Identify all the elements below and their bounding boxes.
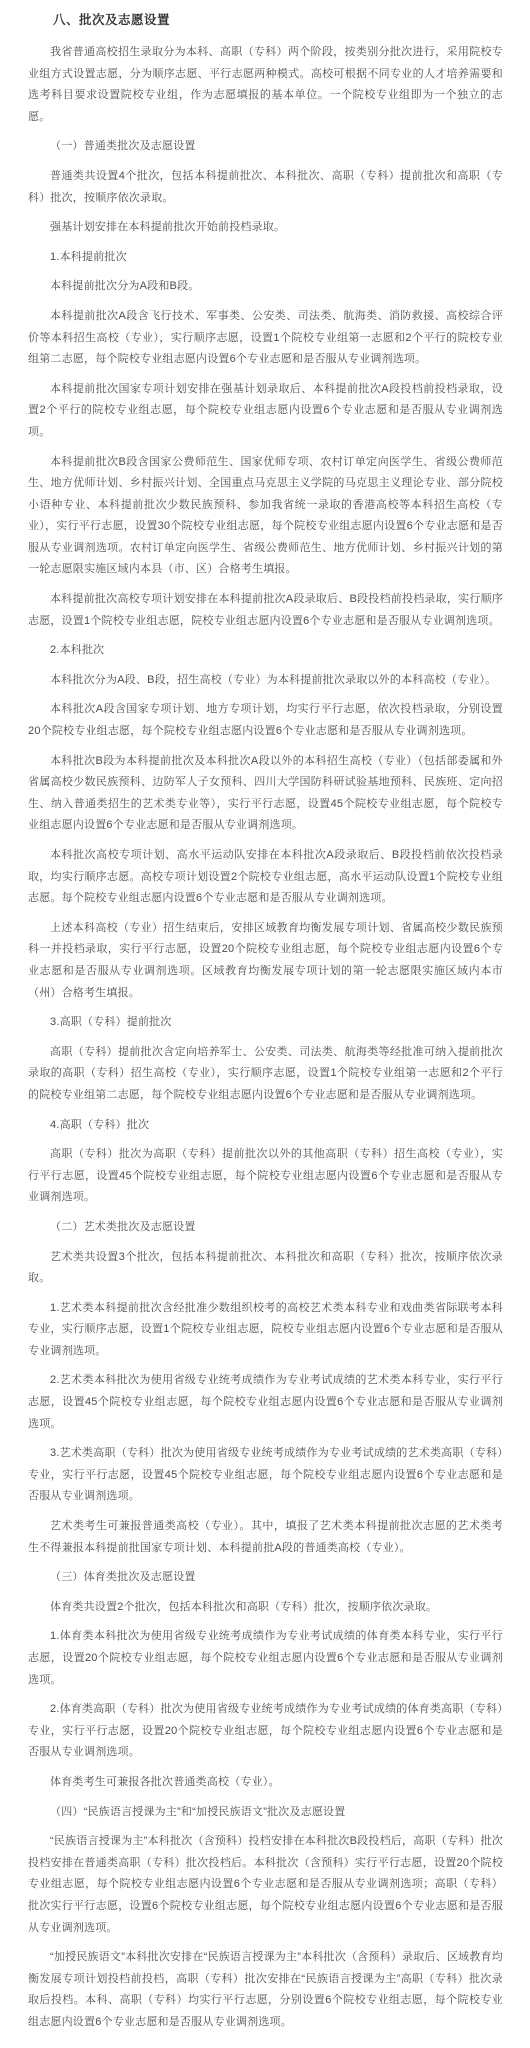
- section-heading: 4.高职（专科）批次: [28, 1115, 503, 1137]
- paragraph: 艺术类考生可兼报普通类高校（专业）。其中，填报了艺术类本科提前批次志愿的艺术类考…: [28, 1516, 503, 1559]
- paragraph: 本科提前批次B段含国家公费师范生、国家优师专项、农村订单定向医学生、省级公费师范…: [28, 452, 503, 582]
- paragraph: 2.体育类高职（专科）批次为使用省级专业统考成绩作为专业考试成绩的体育类高职（专…: [28, 1699, 503, 1764]
- paragraph: 1.体育类本科批次为使用省级专业统考成绩作为专业考试成绩的体育类本科专业，实行平…: [28, 1626, 503, 1691]
- paragraph: 艺术类共设置3个批次，包括本科提前批次、本科批次和高职（专科）批次，按顺序依次录…: [28, 1247, 503, 1290]
- paragraph: 本科批次B段为本科提前批次及本科批次A段以外的本科招生高校（专业）（包括部委属和…: [28, 751, 503, 837]
- section-heading: 2.本科批次: [28, 640, 503, 662]
- section-heading: （三）体育类批次及志愿设置: [28, 1567, 503, 1589]
- paragraph: 高职（专科）批次为高职（专科）提前批次以外的其他高职（专科）招生高校（专业），实…: [28, 1144, 503, 1209]
- paragraph: 本科批次A段含国家专项计划、地方专项计划，均实行平行志愿，依次投档录取，分别设置…: [28, 699, 503, 742]
- paragraph: 3.艺术类高职（专科）批次为使用省级专业统考成绩作为专业考试成绩的艺术类高职（专…: [28, 1443, 503, 1508]
- paragraph: 本科批次高校专项计划、高水平运动队安排在本科批次A段录取后、B段投档前依次投档录…: [28, 845, 503, 910]
- section-heading: 1.本科提前批次: [28, 247, 503, 269]
- paragraph: 我省普通高校招生录取分为本科、高职（专科）两个阶段，按类别分批次进行，采用院校专…: [28, 42, 503, 128]
- paragraph: 本科提前批次A段含飞行技术、军事类、公安类、司法类、航海类、消防救援、高校综合评…: [28, 306, 503, 371]
- paragraph: 2.艺术类本科批次为使用省级专业统考成绩作为专业考试成绩的艺术类本科专业，实行平…: [28, 1370, 503, 1435]
- section-heading: （一）普通类批次及志愿设置: [28, 136, 503, 158]
- paragraph: 本科提前批次分为A段和B段。: [28, 276, 503, 298]
- paragraph: 体育类考生可兼报各批次普通类高校（专业）。: [28, 1772, 503, 1794]
- paragraph: 1.艺术类本科提前批次含经批准少数组织校考的高校艺术类本科专业和戏曲类省际联考本…: [28, 1298, 503, 1363]
- paragraph: 体育类共设置2个批次，包括本科批次和高职（专科）批次，按顺序依次录取。: [28, 1597, 503, 1619]
- paragraph: 上述本科高校（专业）招生结束后，安排区域教育均衡发展专项计划、省属高校少数民族预…: [28, 918, 503, 1004]
- paragraph: 强基计划安排在本科提前批次开始前投档录取。: [28, 217, 503, 239]
- paragraph: 高职（专科）提前批次含定向培养军士、公安类、司法类、航海类等经批准可纳入提前批次…: [28, 1042, 503, 1107]
- section-heading: （四）“民族语言授课为主”和“加授民族语文”批次及志愿设置: [28, 1802, 503, 1824]
- paragraph: 本科提前批次国家专项计划安排在强基计划录取后、本科提前批次A段投档前投档录取，设…: [28, 379, 503, 444]
- document-title: 八、批次及志愿设置: [28, 9, 503, 31]
- paragraph: “加授民族语文”本科批次安排在“民族语言授课为主”本科批次（含预科）录取后、区域…: [28, 1947, 503, 2033]
- paragraph: 本科提前批次高校专项计划安排在本科提前批次A段录取后、B段投档前投档录取，实行顺…: [28, 589, 503, 632]
- paragraph: “民族语言授课为主”本科批次（含预科）投档安排在本科批次B段投档后，高职（专科）…: [28, 1831, 503, 1939]
- document-page: 八、批次及志愿设置 我省普通高校招生录取分为本科、高职（专科）两个阶段，按类别分…: [0, 0, 530, 2048]
- paragraph: 本科批次分为A段、B段，招生高校（专业）为本科提前批次录取以外的本科高校（专业）…: [28, 670, 503, 692]
- section-heading: 3.高职（专科）提前批次: [28, 1012, 503, 1034]
- section-heading: （二）艺术类批次及志愿设置: [28, 1217, 503, 1239]
- paragraph-list: 我省普通高校招生录取分为本科、高职（专科）两个阶段，按类别分批次进行，采用院校专…: [28, 42, 503, 2034]
- paragraph: 普通类共设置4个批次，包括本科提前批次、本科批次、高职（专科）提前批次和高职（专…: [28, 166, 503, 209]
